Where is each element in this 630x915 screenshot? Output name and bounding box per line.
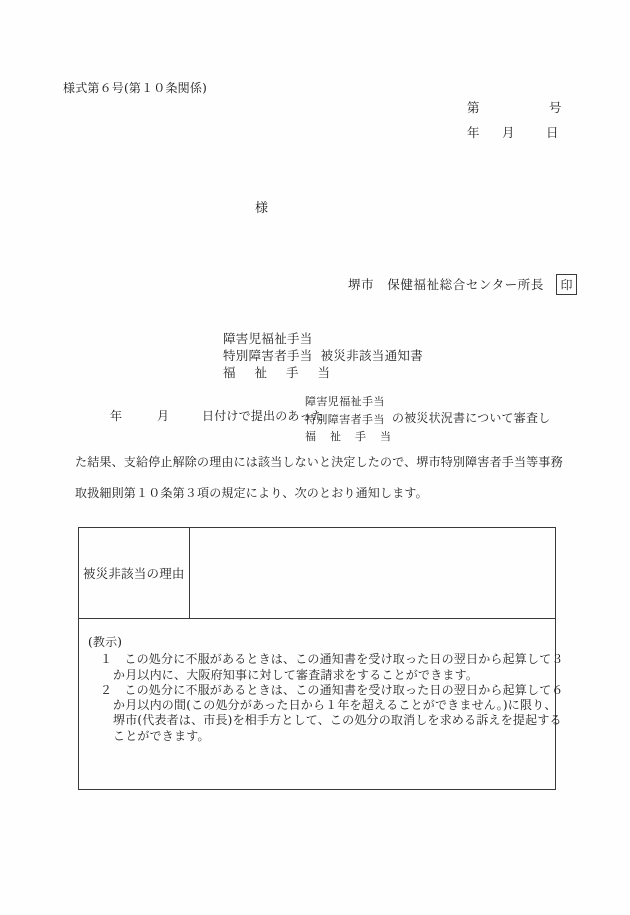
body-allowance-3: 福祉手当	[305, 428, 405, 446]
sender-title: 堺市 保健福祉総合センター所長	[348, 277, 544, 292]
title-allowance-3: 福祉手当	[223, 364, 423, 381]
seal-box: 印	[556, 274, 577, 295]
title-allowance-1: 障害児福祉手当	[223, 330, 423, 347]
body-paragraph-line-3: 取扱細則第１０条第３項の規定により、次のとおり通知します。	[75, 486, 428, 500]
notice-line-5: 堺市(代表者は、市長)を相手方として、この処分の取消しを求める訴えを提起する	[113, 713, 562, 727]
title-allowance-2: 特別障害者手当	[223, 347, 313, 364]
issue-number-prefix: 第	[467, 100, 480, 115]
notice-line-4: か月以内の間(この処分があった日から１年を超えることができません。)に限り、	[113, 698, 557, 712]
reason-label-cell: 被災非該当の理由	[79, 528, 190, 618]
body-after-allowances: の被災状況書について審査し	[392, 411, 550, 425]
body-allowance-1: 障害児福祉手当	[305, 393, 405, 411]
body-allowance-stack: 障害児福祉手当 特別障害者手当 福祉手当	[305, 393, 405, 446]
body-paragraph-line-2: た結果、支給停止解除の理由には該当しないと決定したので、堺市特別障害者手当等事務	[75, 455, 563, 469]
issue-date-year-label: 年	[467, 125, 480, 140]
notice-heading: (教示)	[88, 635, 122, 649]
reason-label: 被災非該当の理由	[83, 564, 185, 582]
notice-line-1: １ この処分に不服があるときは、この通知書を受け取った日の翌日から起算して３	[100, 652, 564, 666]
document-title-block: 障害児福祉手当 特別障害者手当 被災非該当通知書 福祉手当	[223, 330, 423, 381]
body-month-label: 月	[157, 409, 169, 423]
reason-row: 被災非該当の理由	[79, 528, 555, 619]
issue-date-day-label: 日	[546, 125, 559, 140]
addressee-honorific: 様	[255, 201, 268, 217]
body-allowance-2: 特別障害者手当	[305, 411, 405, 429]
issue-number-suffix: 号	[549, 100, 562, 115]
issue-date-month-label: 月	[502, 125, 515, 140]
body-year-label: 年	[110, 409, 122, 423]
seal-label: 印	[560, 276, 572, 293]
document-title: 被災非該当通知書	[321, 347, 423, 364]
form-number: 様式第６号(第１０条関係)	[63, 81, 207, 95]
notification-document-page: 様式第６号(第１０条関係) 第 号 年 月 日 様 堺市 保健福祉総合センター所…	[0, 0, 630, 915]
notice-line-3: ２ この処分に不服があるときは、この通知書を受け取った日の翌日から起算して６	[100, 683, 564, 697]
notice-line-6: ことができます。	[113, 729, 210, 743]
reason-value-cell	[190, 528, 555, 618]
notice-line-2: か月以内に、大阪府知事に対して審査請求をすることができます。	[113, 668, 478, 682]
